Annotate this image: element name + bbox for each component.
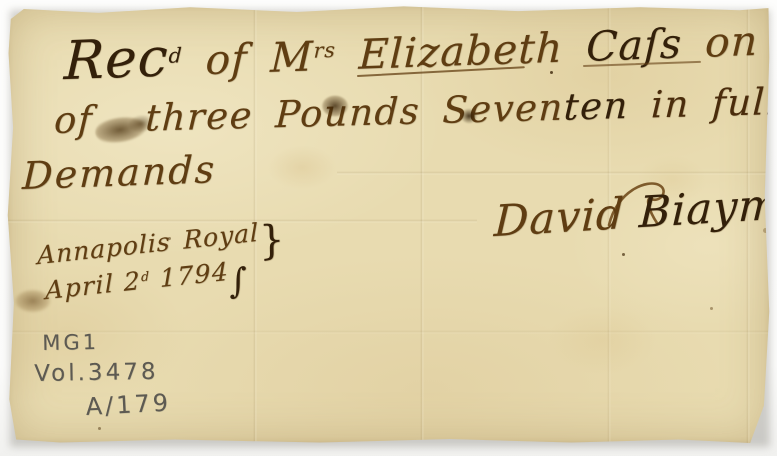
swash-flourish: ∫ (229, 260, 249, 301)
words-on-the-sum: on the sum (681, 10, 777, 68)
words-three-pounds-seven: three Pounds Seven (122, 86, 565, 141)
brace-flourish: } (259, 216, 286, 265)
words-of-mrs: of M (182, 32, 315, 85)
signature: David Biaymer (493, 181, 777, 245)
superscript-d: d (168, 43, 183, 68)
archive-mark-reference: A/179 (85, 389, 172, 421)
signature-first-name: David (493, 188, 640, 247)
receipt-paper: Recd of Mrs Elizabeth Caſs on the sum of… (7, 5, 770, 443)
words-in-full-of-all: in full of all (628, 77, 777, 128)
superscript-rs: rs (313, 38, 336, 63)
age-stain (267, 145, 337, 190)
word-overwritten: ten (563, 84, 630, 129)
scan-background: Recd of Mrs Elizabeth Caſs on the sum of… (0, 0, 777, 456)
fold-crease-horizontal (337, 171, 770, 175)
age-stain (547, 305, 657, 375)
archive-mark-volume: Vol.3478 (34, 359, 159, 387)
archive-mark-fonds: MG1 (42, 330, 99, 355)
fold-crease-horizontal (7, 330, 770, 334)
word-recd: Rec (63, 26, 170, 92)
receipt-line-3: Demands (22, 150, 217, 195)
superscript-d: d (141, 268, 151, 284)
word-of: of (53, 98, 94, 142)
